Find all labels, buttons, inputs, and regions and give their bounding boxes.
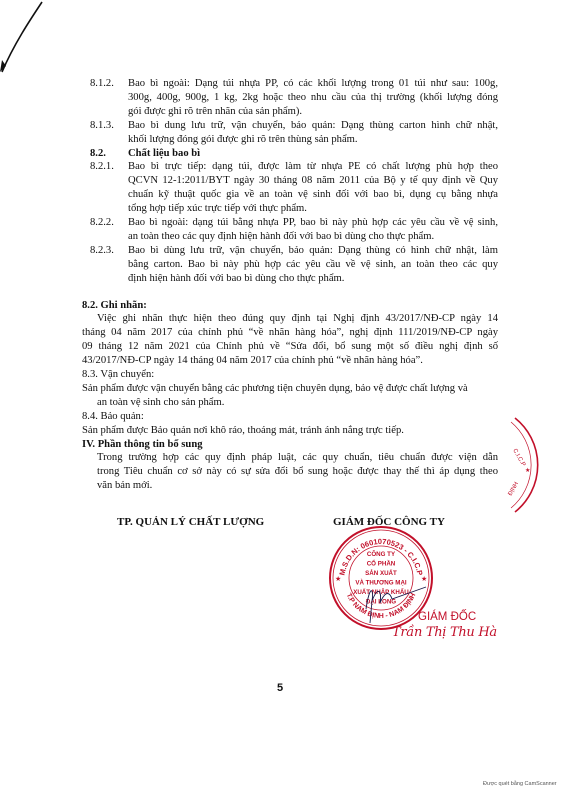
- item-text: Bao bì ngoài: Dạng túi nhựa PP, có các k…: [128, 77, 498, 91]
- item-text: định hiện hành đối với bao bì dùng cho t…: [128, 272, 498, 286]
- section-heading: 8.3. Vận chuyển:: [82, 368, 154, 382]
- paragraph-line: tháng 04 năm 2017 của chính phủ “về nhãn…: [82, 326, 498, 340]
- item-text: bằng carton. Bao bì này phù hợp các yêu …: [128, 258, 498, 272]
- svg-text:VÀ THƯƠNG MẠI: VÀ THƯƠNG MẠI: [355, 580, 407, 587]
- svg-text:★: ★: [421, 575, 427, 583]
- paragraph-line: Trong trường hợp các quy định pháp luật,…: [97, 451, 498, 465]
- paragraph-line: Sản phẩm được Bảo quản nơi khô ráo, thoá…: [82, 424, 404, 438]
- item-text: Chất liệu bao bì: [128, 147, 498, 161]
- svg-text:ĐỊNH: ĐỊNH: [508, 481, 521, 497]
- quality-manager-title: TP. QUẢN LÝ CHẤT LƯỢNG: [117, 516, 264, 528]
- item-number: 8.1.2.: [90, 77, 114, 91]
- scan-edge-mark: [0, 0, 50, 80]
- scanner-watermark: Được quét bằng CamScanner: [483, 781, 557, 787]
- section-heading: 8.4. Bảo quản:: [82, 410, 144, 424]
- paragraph-line: văn bản mới.: [97, 479, 498, 493]
- item-text: khối lượng đóng gói được ghi rõ trên thù…: [128, 133, 498, 147]
- paragraph-line: 09 tháng 12 năm 2021 của Chính phủ về “S…: [82, 340, 498, 354]
- page-number: 5: [277, 682, 283, 694]
- svg-text:★: ★: [335, 575, 341, 583]
- item-text: chuẩn kỹ thuật quốc gia về an toàn vệ si…: [128, 188, 498, 202]
- svg-text:CỔ PHẦN: CỔ PHẦN: [367, 561, 396, 568]
- item-number: 8.2.: [90, 147, 106, 161]
- item-text: gói được ghi rõ trên nhãn của sản phẩm).: [128, 105, 498, 119]
- director-label: GIÁM ĐỐC: [418, 611, 476, 623]
- svg-text:XUẤT NHẬP KHẨU: XUẤT NHẬP KHẨU: [353, 589, 409, 596]
- item-text: 300g, 400g, 900g, 1 kg, 2kg hoặc theo nh…: [128, 91, 498, 105]
- paragraph-line: trong Tiêu chuẩn cơ sở này có sự sửa đổi…: [97, 465, 498, 479]
- svg-text:CÔNG TY: CÔNG TY: [367, 550, 396, 558]
- section-heading: IV. Phần thông tin bổ sung: [82, 438, 203, 452]
- item-text: Bao bì trực tiếp: dạng túi, được làm từ …: [128, 160, 498, 174]
- page-seal-fragment-icon: C.I.C.P ★ ĐỊNH: [505, 410, 555, 520]
- item-number: 8.1.3.: [90, 119, 114, 133]
- paragraph-line: Sản phẩm được vận chuyển bằng các phương…: [82, 382, 468, 396]
- svg-text:C.I.C.P: C.I.C.P: [511, 448, 526, 468]
- item-text: Bao bì dùng lưu trữ, vận chuyển, bảo quả…: [128, 244, 498, 258]
- svg-text:SẢN XUẤT: SẢN XUẤT: [365, 570, 397, 577]
- item-text: QCVN 12-1:2011/BYT ngày 30 tháng 08 năm …: [128, 174, 498, 188]
- item-number: 8.2.2.: [90, 216, 114, 230]
- item-text: Bao bì ngoài: dạng túi bằng nhựa PP, bao…: [128, 216, 498, 230]
- item-number: 8.2.3.: [90, 244, 114, 258]
- document-page: 8.1.2.Bao bì ngoài: Dạng túi nhựa PP, có…: [0, 0, 565, 800]
- svg-text:★: ★: [525, 467, 530, 474]
- item-text: tổng hợp tiếp xúc trực tiếp với thực phẩ…: [128, 202, 498, 216]
- paragraph-line: Việc ghi nhãn thực hiện theo đúng quy đị…: [97, 312, 498, 326]
- paragraph-line: 43/2017/NĐ-CP ngày 14 tháng 04 năm 2017 …: [82, 354, 498, 368]
- item-number: 8.2.1.: [90, 160, 114, 174]
- item-text: Bao bì dung lưu trữ, vận chuyển, bảo quả…: [128, 119, 498, 133]
- director-name: Trần Thị Thu Hà: [392, 625, 497, 640]
- paragraph-line: an toàn vệ sinh cho sản phẩm.: [97, 396, 224, 410]
- item-text: an toàn theo các quy định hiện hành đối …: [128, 230, 498, 244]
- section-heading: 8.2. Ghi nhãn:: [82, 299, 147, 313]
